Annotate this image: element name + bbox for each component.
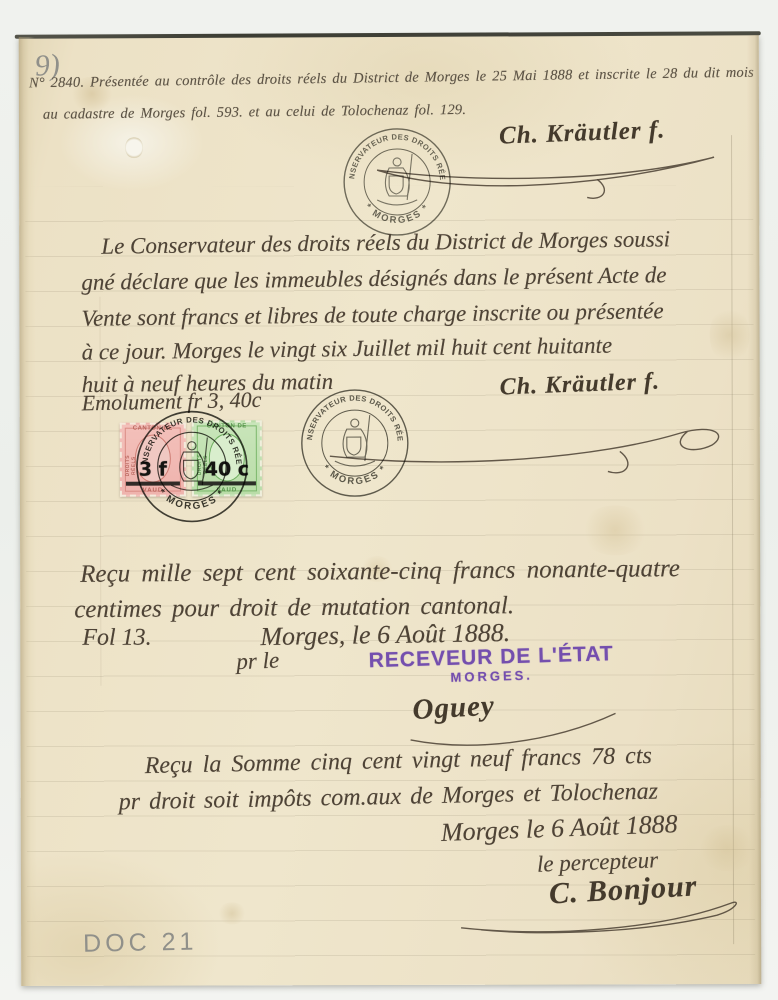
pr-le-note: pr le <box>236 648 280 676</box>
helvetia-emblem <box>377 154 417 205</box>
folio-reference: Fol 13. <box>82 625 151 652</box>
declaration-line-2: gné déclare que les immeubles désignés d… <box>81 262 666 296</box>
svg-text:CONSERVATEUR DES DROITS RÉELS: CONSERVATEUR DES DROITS RÉELS <box>134 408 244 465</box>
helvetia-emblem <box>171 437 213 490</box>
stamp-arc-text: CONSERVATEUR DES DROITS RÉELS <box>134 408 244 465</box>
pencil-mark-doc-number: DOC 21 <box>83 928 198 959</box>
cancellation-round-stamp: CONSERVATEUR DES DROITS RÉELS * MORGES * <box>134 408 250 524</box>
margin-line-right <box>731 135 734 944</box>
declaration-line-1: Le Conservateur des droits réels du Dist… <box>101 226 670 259</box>
signature-conservator-top: Ch. Kräutler f. <box>499 116 666 150</box>
registration-line-1: N° 2840. Présentée au contrôle des droit… <box>29 65 754 93</box>
foxing-spot <box>217 902 247 924</box>
declaration-line-3: Vente sont francs et libres de toute cha… <box>81 298 663 332</box>
foxing-spot <box>709 305 749 365</box>
communal-receipt-line-2: pr droit soit impôts com.aux de Morges e… <box>119 779 659 817</box>
signature-conservator-mid: Ch. Kräutler f. <box>499 369 660 402</box>
foxing-spot <box>580 505 650 555</box>
communal-receipt-line-1: Reçu la Somme cinq cent vingt neuf franc… <box>144 743 652 780</box>
declaration-line-4: à ce jour. Morges le vingt six Juillet m… <box>81 333 612 366</box>
signature-percepteur: C. Bonjour <box>548 869 698 911</box>
signature-receiver: Oguey <box>412 690 496 727</box>
foxing-spot <box>697 825 757 871</box>
conservator-round-stamp: CONSERVATEUR DES DROITS RÉELS * MORGES * <box>341 126 453 238</box>
svg-text:CONSERVATEUR DES DROITS RÉELS: CONSERVATEUR DES DROITS RÉELS <box>341 126 447 181</box>
paper-flaw <box>125 137 143 159</box>
conservator-round-stamp-2: CONSERVATEUR DES DROITS RÉELS * MORGES * <box>299 387 411 499</box>
document-page: 9) DOC 21 N° 2840. Présentée au contrôle… <box>19 35 761 986</box>
registration-line-2: au cadastre de Morges fol. 593. et au ce… <box>43 102 466 124</box>
stamp-arc-text: CONSERVATEUR DES DROITS RÉELS <box>299 387 405 442</box>
svg-text:CONSERVATEUR DES DROITS RÉELS: CONSERVATEUR DES DROITS RÉELS <box>299 387 405 442</box>
receiver-ink-stamp: RECEVEUR DE L'ÉTAT MORGES. <box>366 642 617 687</box>
communal-receipt-date: Morges le 6 Août 1888 <box>440 809 678 848</box>
cantonal-receipt-line-1: Reçu mille sept cent soixante-cinq franc… <box>80 555 680 589</box>
helvetia-emblem <box>335 415 375 466</box>
stamp-arc-text: CONSERVATEUR DES DROITS RÉELS <box>341 126 447 181</box>
